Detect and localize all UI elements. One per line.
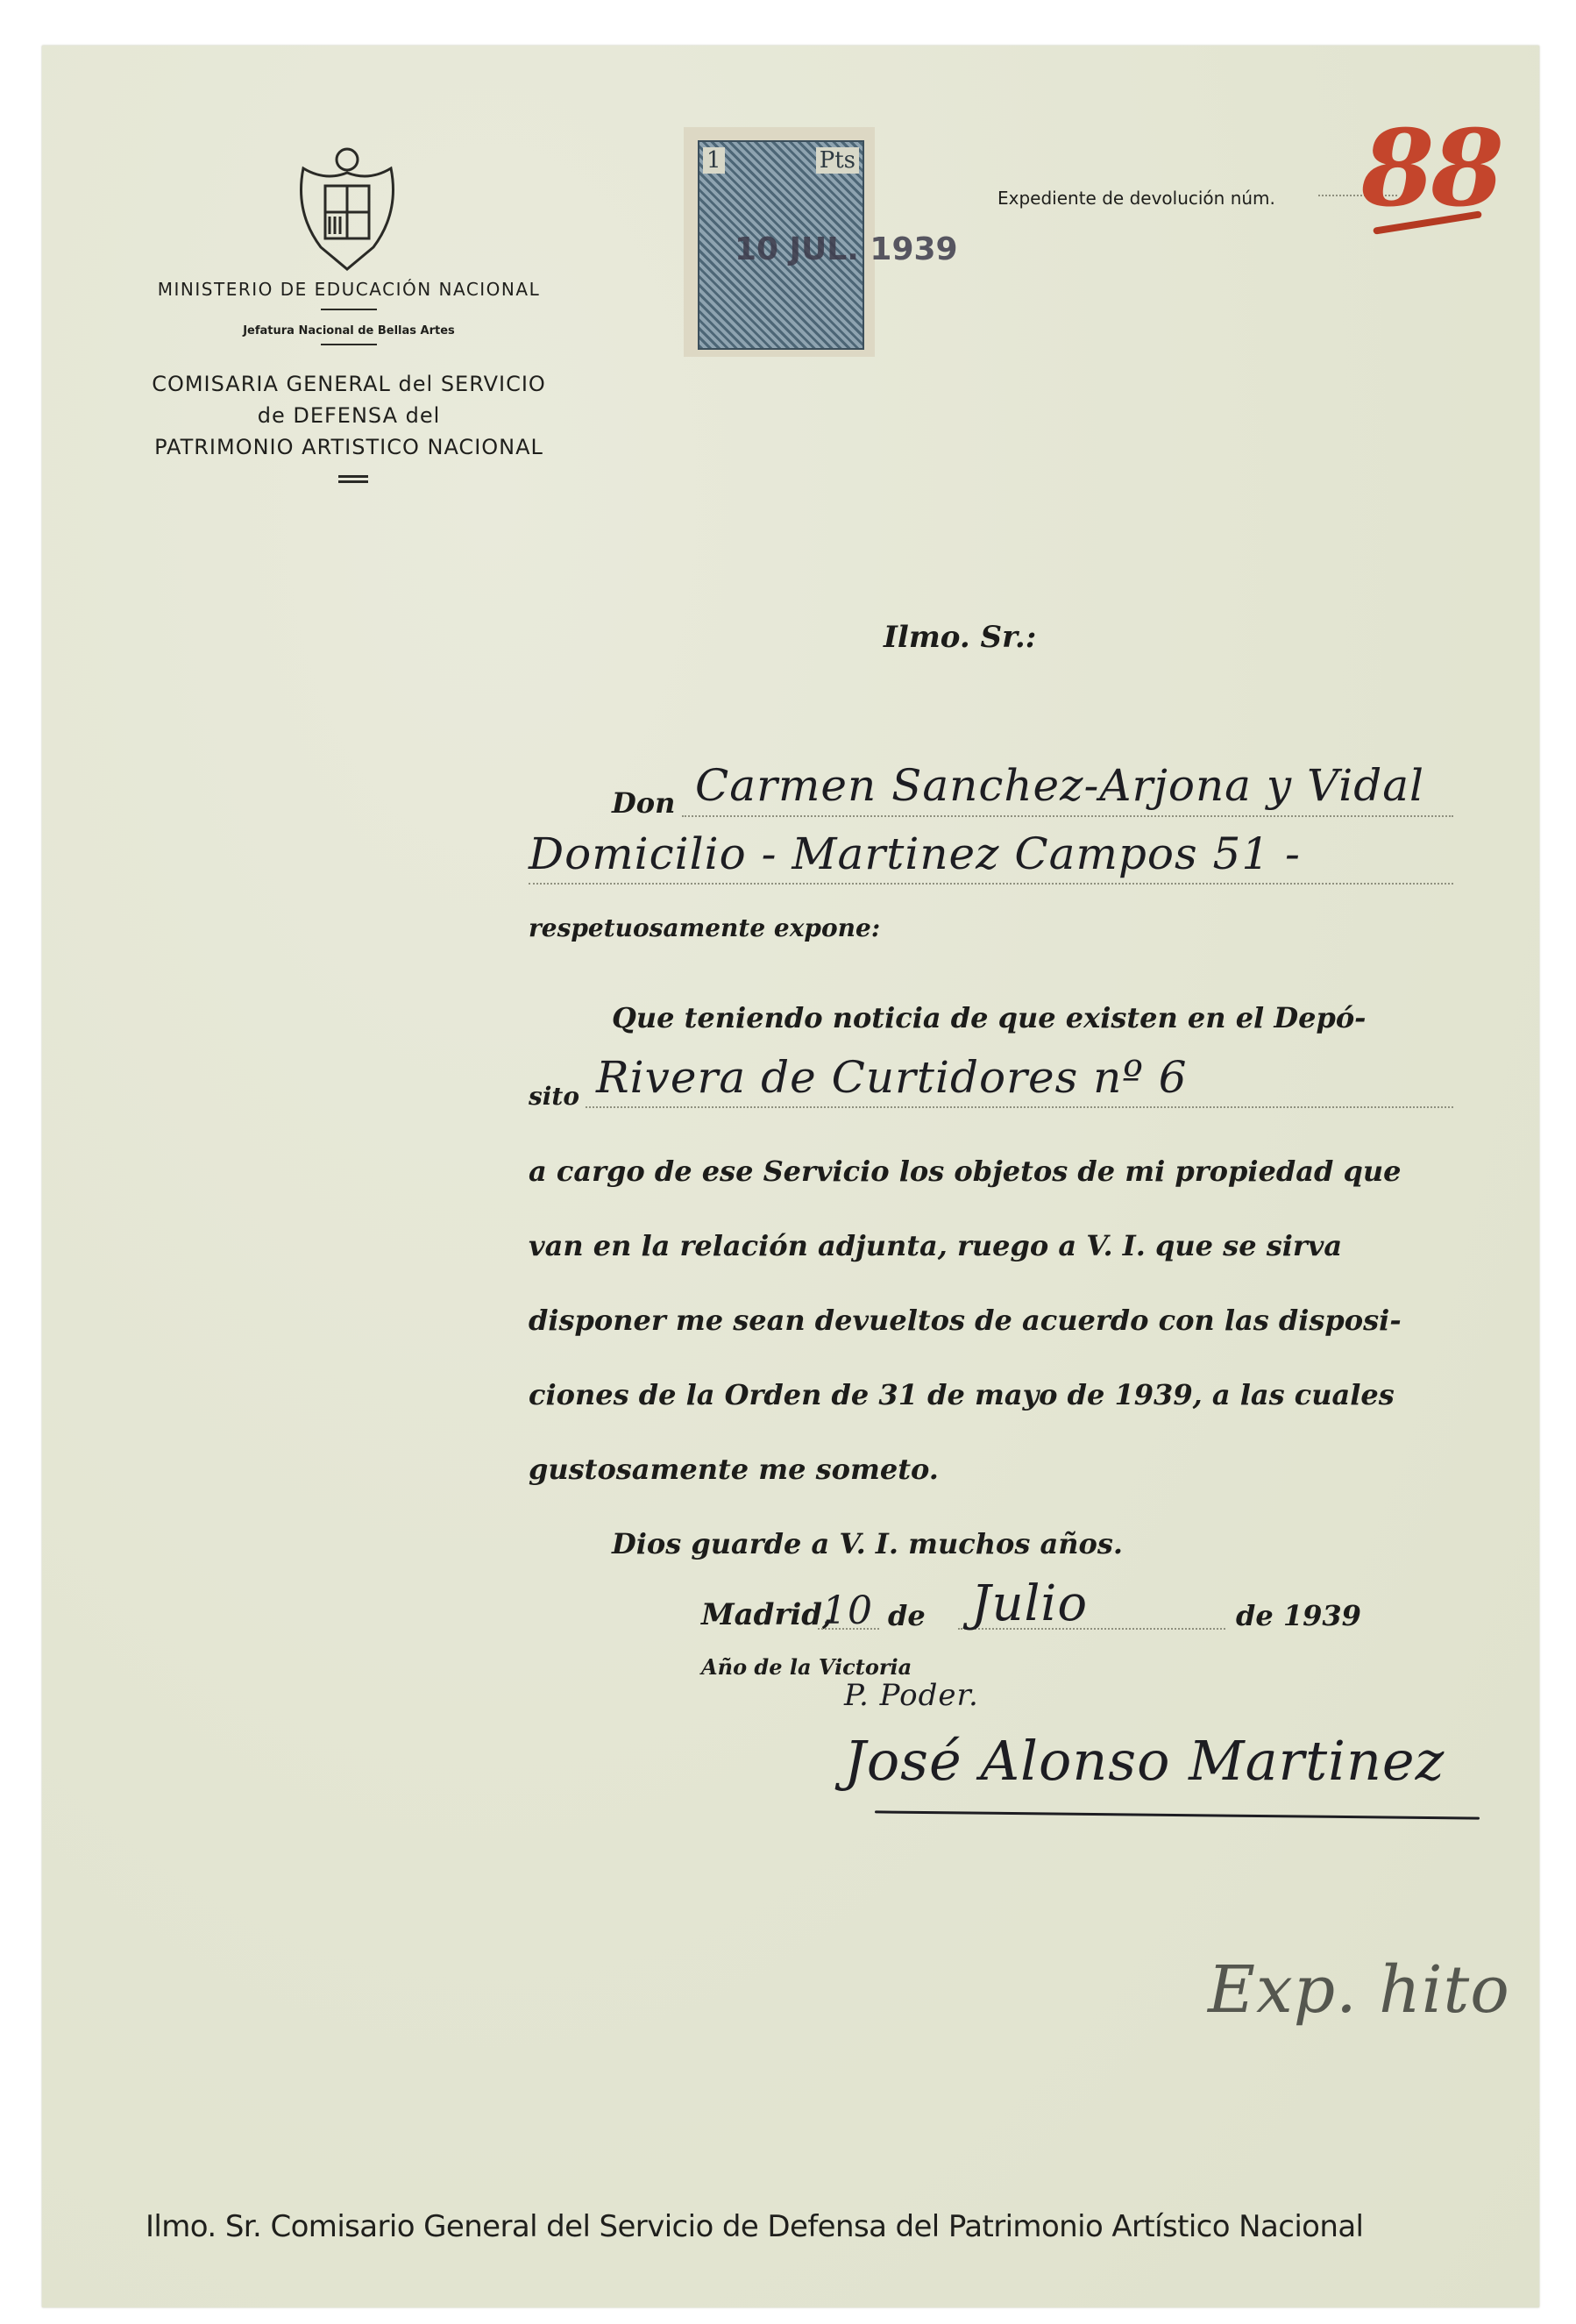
name-line — [682, 815, 1453, 817]
document-page: MINISTERIO DE EDUCACIÓN NACIONAL Jefatur… — [42, 46, 1539, 2307]
pencil-annotation: Exp. hito — [1208, 1952, 1510, 2028]
body-line-1: Que teniendo noticia de que existen en e… — [612, 1001, 1366, 1034]
divider — [321, 344, 377, 345]
date-postmark: 10 JUL. 1939 — [735, 231, 958, 267]
body-line-5: disponer me sean devueltos de acuerdo co… — [529, 1304, 1402, 1337]
stamp-value: 1 — [703, 147, 725, 174]
date-de-1: de — [888, 1599, 926, 1632]
applicant-address: Domicilio - Martinez Campos 51 - — [529, 828, 1301, 879]
applicant-name: Carmen Sanchez-Arjona y Vidal — [695, 760, 1424, 811]
deposit-name: Rivera de Curtidores nº 6 — [596, 1052, 1188, 1103]
divider — [338, 475, 368, 478]
body-line-3: a cargo de ese Servicio los objetos de m… — [529, 1155, 1401, 1188]
date-day: 10 — [822, 1588, 873, 1633]
address-line — [529, 883, 1453, 885]
file-number-label: Expediente de devolución núm. — [997, 188, 1275, 209]
body-line-4: van en la relación adjunta, ruego a V. I… — [529, 1229, 1342, 1262]
signature: José Alonso Martinez — [844, 1729, 1445, 1793]
commission-line-1: COMISARIA GENERAL del SERVICIO — [130, 368, 568, 400]
commission-line-3: PATRIMONIO ARTISTICO NACIONAL — [130, 431, 568, 463]
deposit-line — [586, 1106, 1453, 1108]
signature-underline — [875, 1810, 1480, 1819]
stamp-currency: Pts — [816, 147, 859, 174]
year-note: Año de la Victoria — [701, 1654, 912, 1680]
footer-addressee: Ilmo. Sr. Comisario General del Servicio… — [146, 2209, 1363, 2244]
salutation: Ilmo. Sr.: — [884, 620, 1036, 655]
date-month: Julio — [971, 1575, 1088, 1632]
body-line-2-prefix: sito — [529, 1082, 579, 1111]
don-label: Don — [612, 786, 675, 820]
divider — [338, 480, 368, 483]
ministry-name: MINISTERIO DE EDUCACIÓN NACIONAL — [130, 279, 568, 300]
body-line-7: gustosamente me someto. — [529, 1453, 939, 1486]
department-name: Jefatura Nacional de Bellas Artes — [130, 324, 568, 338]
date-city: Madrid, — [701, 1597, 833, 1632]
commission-line-2: de DEFENSA del — [130, 400, 568, 431]
closing-formula: Dios guarde a V. I. muchos años. — [612, 1527, 1123, 1560]
body-line-6: ciones de la Orden de 31 de mayo de 1939… — [529, 1378, 1395, 1411]
expone-label: respetuosamente expone: — [529, 913, 880, 942]
divider — [321, 309, 377, 310]
coat-of-arms-icon — [286, 142, 408, 274]
date-year: de 1939 — [1236, 1599, 1361, 1632]
proxy-note: P. Poder. — [844, 1678, 979, 1713]
